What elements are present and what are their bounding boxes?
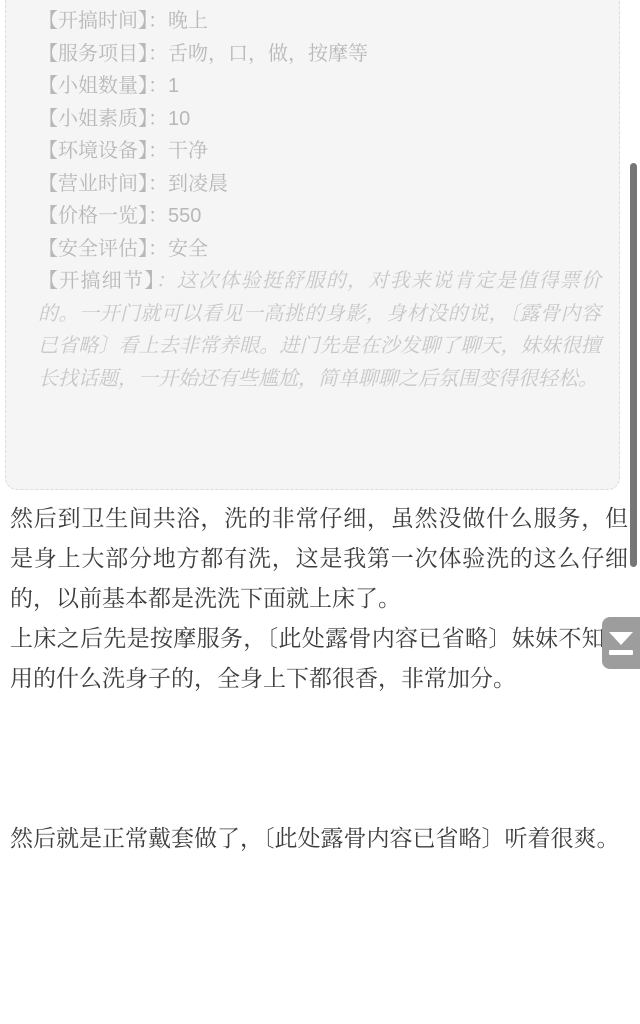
field-value: ：到凌晨 bbox=[148, 173, 228, 195]
field-label: 【小姐数量】 bbox=[38, 75, 148, 97]
field-value: ：舌吻，口，做，按摩等 bbox=[148, 43, 368, 65]
field-label: 【环境设备】 bbox=[38, 140, 148, 162]
paragraph: 然后到卫生间共浴，洗的非常仔细，虽然没做什么服务，但是身上大部分地方都有洗，这是… bbox=[10, 498, 628, 618]
field-row: 【小姐数量】：1 bbox=[38, 70, 601, 103]
field-value: ：干净 bbox=[148, 140, 208, 162]
field-label: 【开搞时间】 bbox=[38, 10, 148, 32]
field-label: 【安全评估】 bbox=[38, 238, 148, 260]
field-row: 【环境设备】：干净 bbox=[38, 135, 601, 168]
field-label: 【服务项目】 bbox=[38, 43, 148, 65]
field-label: 【价格一览】 bbox=[38, 205, 148, 227]
field-label: 【营业时间】 bbox=[38, 173, 148, 195]
scroll-to-bottom-icon bbox=[609, 632, 633, 645]
scrollbar-thumb[interactable] bbox=[630, 163, 637, 567]
field-row: 【营业时间】：到凌晨 bbox=[38, 168, 601, 201]
field-value: ：晚上 bbox=[148, 10, 208, 32]
field-value: ：10 bbox=[148, 108, 190, 130]
scroll-to-bottom-icon-bar bbox=[609, 650, 633, 655]
detail-label: 【开搞细节】 bbox=[38, 270, 156, 292]
review-summary-box: 【开搞时间】：晚上 【服务项目】：舌吻，口，做，按摩等 【小姐数量】：1 【小姐… bbox=[5, 0, 620, 490]
detail-text: 【开搞细节】：这次体验挺舒服的，对我来说肯定是值得票价的。一开门就可以看见一高挑… bbox=[38, 265, 601, 490]
field-row: 【小姐素质】：10 bbox=[38, 103, 601, 136]
field-row: 【安全评估】：安全 bbox=[38, 233, 601, 266]
field-label: 【小姐素质】 bbox=[38, 108, 148, 130]
article-body: 然后到卫生间共浴，洗的非常仔细，虽然没做什么服务，但是身上大部分地方都有洗，这是… bbox=[10, 498, 628, 978]
field-row: 【开搞时间】：晚上 bbox=[38, 5, 601, 38]
field-value: ：550 bbox=[148, 205, 201, 227]
jump-to-bottom-button[interactable] bbox=[602, 617, 640, 669]
field-value: ：安全 bbox=[148, 238, 208, 260]
field-list: 【开搞时间】：晚上 【服务项目】：舌吻，口，做，按摩等 【小姐数量】：1 【小姐… bbox=[38, 5, 601, 265]
paragraph: 然后就是正常戴套做了，〔此处露骨内容已省略〕听着很爽。 bbox=[10, 818, 628, 978]
field-value: ：1 bbox=[148, 75, 179, 97]
field-row: 【服务项目】：舌吻，口，做，按摩等 bbox=[38, 38, 601, 71]
field-row: 【价格一览】：550 bbox=[38, 200, 601, 233]
paragraph: 上床之后先是按摩服务，〔此处露骨内容已省略〕妹妹不知道用的什么洗身子的，全身上下… bbox=[10, 618, 628, 818]
